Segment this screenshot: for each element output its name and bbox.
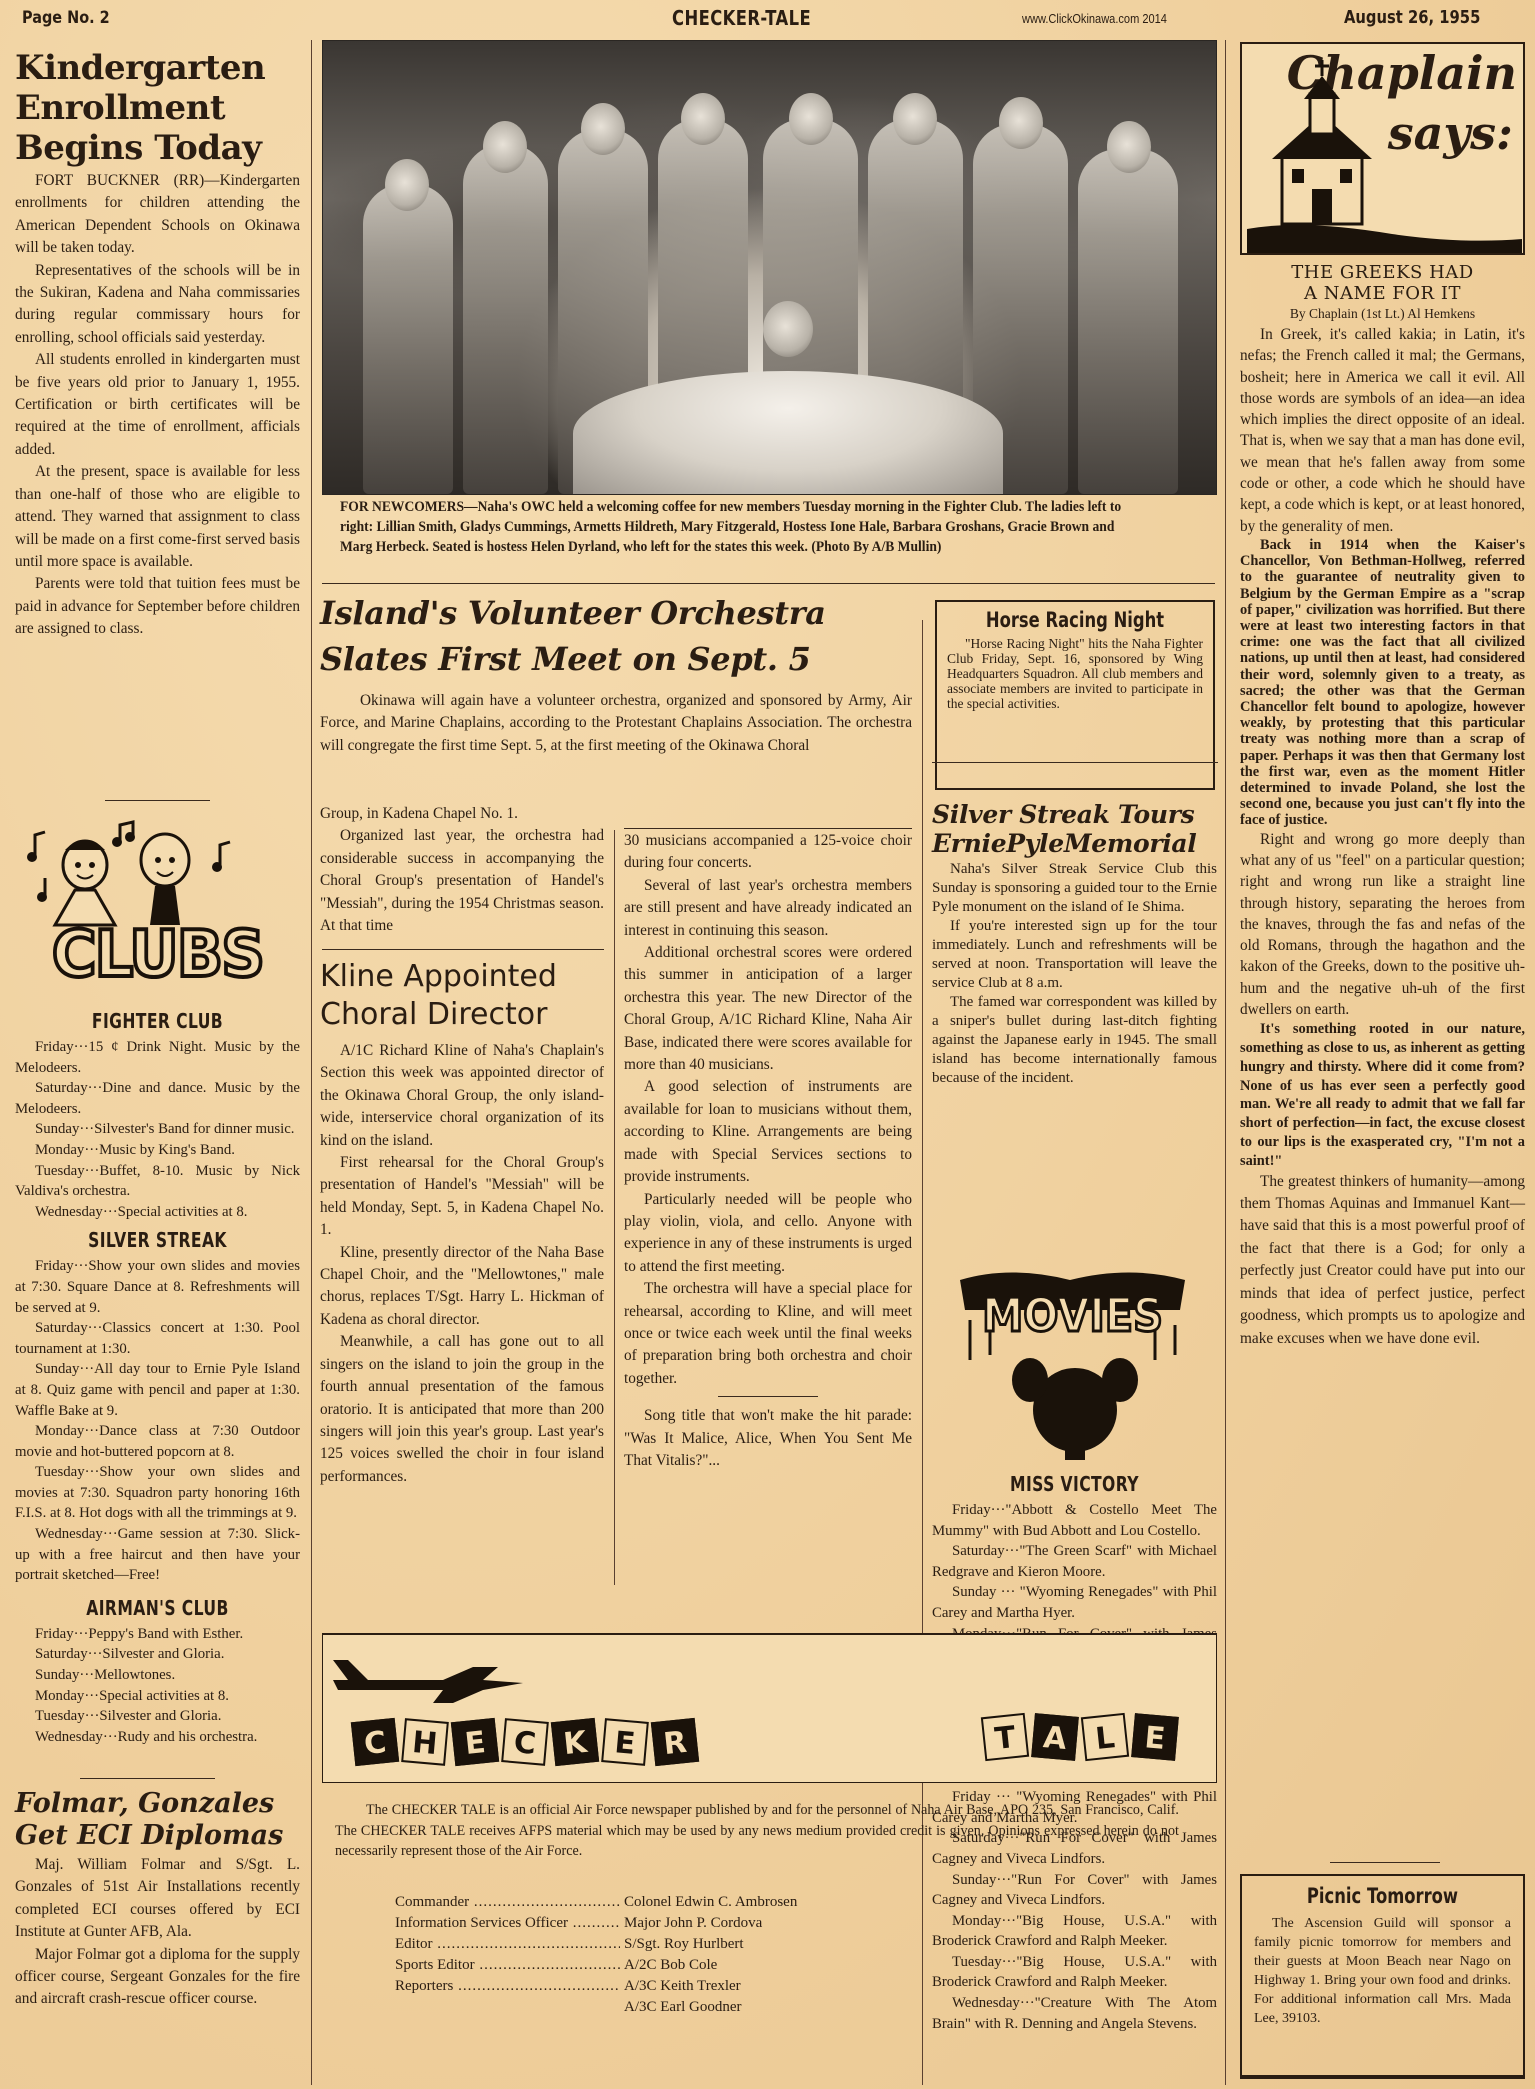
staff-list: CommanderColonel Edwin C. Ambrosen Infor…: [395, 1892, 1015, 2018]
notice-body: "Horse Racing Night" hits the Naha Fight…: [947, 636, 1203, 711]
article-lead: Okinawa will again have a volunteer orch…: [320, 690, 912, 757]
headline: Folmar, Gonzales Get ECI Diplomas: [15, 1788, 300, 1852]
article-body: FORT BUCKNER (RR)—Kindergarten enrollmen…: [15, 170, 300, 641]
headline: THE GREEKS HAD A NAME FOR IT: [1240, 262, 1525, 304]
article-body: A/1C Richard Kline of Naha's Chaplain's …: [320, 1040, 604, 1488]
masthead: Page No. 2 CHECKER-TALE www.ClickOkinawa…: [0, 0, 1535, 38]
issue-date: August 26, 1955: [1344, 7, 1480, 28]
picnic-notice: Picnic Tomorrow The Ascension Guild will…: [1240, 1874, 1525, 2079]
ernie-pyle-article: Silver Streak Tours ErniePyleMemorial Na…: [932, 800, 1217, 1088]
checker-letters: C H E C K E R: [353, 1720, 697, 1764]
column-divider: [614, 830, 615, 1585]
folmar-article: Folmar, Gonzales Get ECI Diplomas Maj. W…: [15, 1788, 300, 2011]
section-title: FIGHTER CLUB: [46, 1009, 268, 1033]
section-title: MISS VICTORY: [963, 1472, 1185, 1496]
article-body: Maj. William Folmar and S/Sgt. L. Gonzal…: [15, 1854, 300, 2011]
owc-coffee-photo: [322, 40, 1217, 495]
divider: [932, 762, 1218, 763]
clubs-listings: FIGHTER CLUB Friday···15 ¢ Drink Night. …: [15, 1003, 300, 1747]
movies-logo: MOVIES: [930, 1260, 1215, 1460]
divider: [624, 828, 912, 829]
article-body: In Greek, it's called kakia; in Latin, i…: [1240, 324, 1525, 1350]
movies-logo-text: MOVIES: [962, 1288, 1183, 1342]
kindergarten-article: Kindergarten Enrollment Begins Today FOR…: [15, 48, 300, 641]
divider: [322, 583, 1215, 584]
byline: By Chaplain (1st Lt.) Al Hemkens: [1240, 304, 1525, 324]
clubs-logo-text: CLUBS: [27, 918, 288, 992]
checker-tale-logo: C H E C K E R T A L E: [322, 1633, 1217, 1783]
tale-letters: T A L E: [983, 1715, 1177, 1759]
chapel-icon: [1242, 44, 1525, 255]
notice-title: Horse Racing Night: [975, 608, 1175, 632]
chaplain-says-logo: Chaplain says:: [1240, 42, 1525, 255]
staff-row: A/3C Earl Goodner: [395, 1997, 1015, 2018]
divider: [718, 1396, 818, 1397]
divider: [322, 949, 604, 950]
chaplain-column: THE GREEKS HAD A NAME FOR IT By Chaplain…: [1240, 262, 1525, 1350]
staff-row: CommanderColonel Edwin C. Ambrosen: [395, 1892, 1015, 1913]
orchestra-col2: 30 musicians accompanied a 125-voice cho…: [624, 830, 912, 1472]
notice-title: Picnic Tomorrow: [1282, 1884, 1482, 1908]
filler-joke: Song title that won't make the hit parad…: [624, 1405, 912, 1472]
column-divider: [1225, 40, 1226, 2085]
staff-row: Information Services OfficerMajor John P…: [395, 1913, 1015, 1934]
orchestra-article: Island's Volunteer Orchestra Slates Firs…: [320, 590, 912, 757]
notice-body: The Ascension Guild will sponsor a famil…: [1254, 1914, 1511, 2028]
watermark: www.ClickOkinawa.com 2014: [1022, 11, 1167, 26]
divider: [105, 800, 210, 801]
section-title: AIRMAN'S CLUB: [46, 1596, 268, 1620]
headline: Kline Appointed Choral Director: [320, 958, 604, 1034]
column-divider: [311, 40, 312, 2085]
page-number: Page No. 2: [22, 8, 110, 28]
statement-text: The CHECKER TALE is an official Air Forc…: [335, 1800, 1179, 1862]
photo-caption: FOR NEWCOMERS—Naha's OWC held a welcomin…: [340, 497, 1149, 557]
staff-row: Sports EditorA/2C Bob Cole: [395, 1955, 1015, 1976]
article-body: Naha's Silver Streak Service Club this S…: [932, 860, 1217, 1088]
publication-statement: The CHECKER TALE is an official Air Forc…: [335, 1800, 1205, 2018]
staff-row: EditorS/Sgt. Roy Hurlbert: [395, 1934, 1015, 1955]
staff-row: ReportersA/3C Keith Trexler: [395, 1976, 1015, 1997]
paper-name: CHECKER-TALE: [672, 6, 811, 30]
divider: [1330, 1862, 1440, 1863]
headline: Kindergarten Enrollment Begins Today: [15, 48, 300, 168]
clubs-logo: CLUBS: [15, 820, 300, 995]
headline: Silver Streak Tours ErniePyleMemorial: [932, 800, 1217, 858]
section-title: SILVER STREAK: [46, 1228, 268, 1252]
headline: Island's Volunteer Orchestra Slates Firs…: [320, 590, 912, 682]
kline-article: Kline Appointed Choral Director A/1C Ric…: [320, 958, 604, 1488]
divider: [80, 1778, 215, 1779]
orchestra-col1: Group, in Kadena Chapel No. 1. Organized…: [320, 803, 604, 937]
